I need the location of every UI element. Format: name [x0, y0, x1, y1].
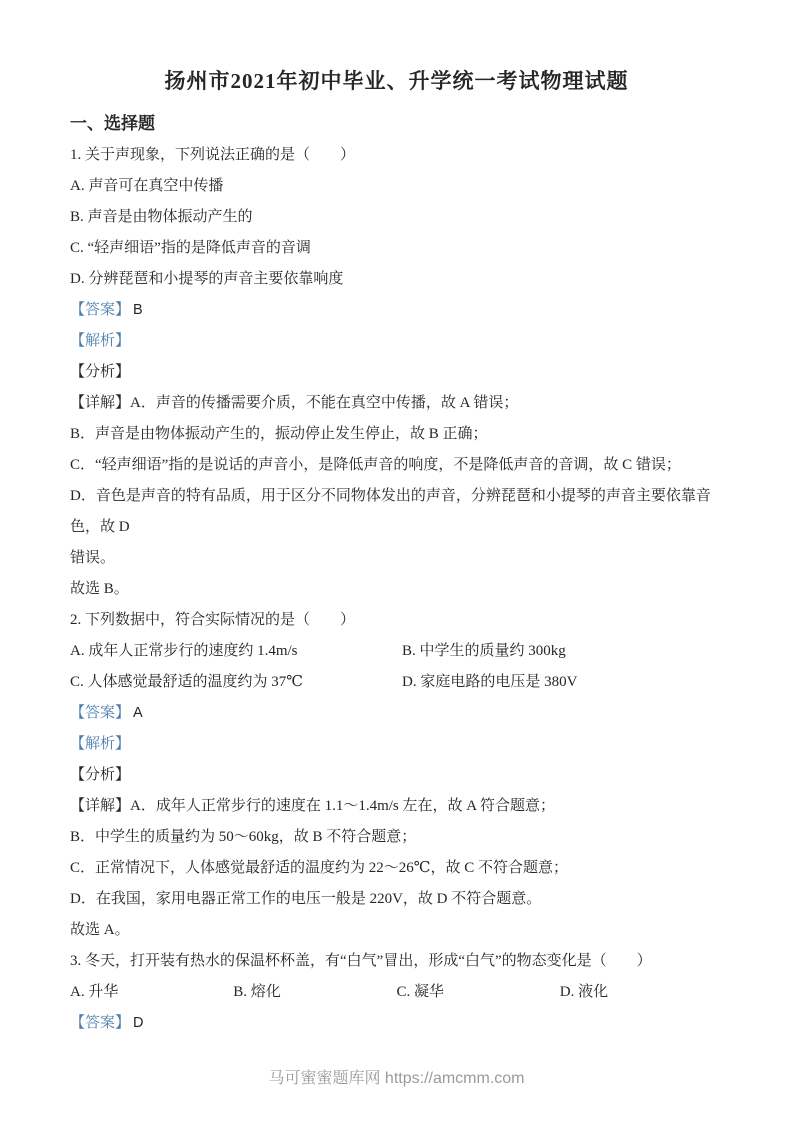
answer-line: 【答案】D — [70, 1008, 723, 1039]
option-d: D. 液化 — [560, 977, 723, 1008]
answer-line: 【答案】A — [70, 698, 723, 729]
review-label-line: 【分析】 — [70, 760, 723, 791]
options-row: A. 成年人正常步行的速度约 1.4m/s B. 中学生的质量约 300kg — [70, 636, 723, 667]
question-2: 2. 下列数据中，符合实际情况的是（ ） A. 成年人正常步行的速度约 1.4m… — [70, 605, 723, 946]
option-c: C. 人体感觉最舒适的温度约为 37℃ — [70, 667, 402, 698]
watermark-footer: 马可蜜蜜题库网 https://amcmm.com — [0, 1066, 793, 1092]
answer-value: A — [133, 705, 143, 721]
answer-label: 【答案】 — [70, 1015, 130, 1031]
review-label: 【分析】 — [70, 364, 130, 380]
detail-line: 【详解】A．声音的传播需要介质，不能在真空中传播，故 A 错误； — [70, 388, 723, 419]
analysis-label: 【解析】 — [70, 736, 130, 752]
detail-line: 【详解】A．成年人正常步行的速度在 1.1～1.4m/s 左在，故 A 符合题意… — [70, 791, 723, 822]
detail-line: 错误。 — [70, 543, 723, 574]
option-b: B. 声音是由物体振动产生的 — [70, 202, 723, 233]
detail-line: D．音色是声音的特有品质，用于区分不同物体发出的声音，分辨琵琶和小提琴的声音主要… — [70, 481, 723, 543]
detail-line: B．中学生的质量约为 50～60kg，故 B 不符合题意； — [70, 822, 723, 853]
exam-paper-page: 扬州市2021年初中毕业、升学统一考试物理试题 一、选择题 1. 关于声现象，下… — [0, 0, 793, 1122]
question-3: 3. 冬天，打开装有热水的保温杯杯盖，有“白气”冒出，形成“白气”的物态变化是（… — [70, 946, 723, 1039]
answer-value: B — [133, 302, 143, 318]
option-a: A. 成年人正常步行的速度约 1.4m/s — [70, 636, 402, 667]
option-d: D. 分辨琵琶和小提琴的声音主要依靠响度 — [70, 264, 723, 295]
answer-value: D — [133, 1015, 143, 1031]
review-label: 【分析】 — [70, 767, 130, 783]
review-label-line: 【分析】 — [70, 357, 723, 388]
detail-line: C．“轻声细语”指的是说话的声音小，是降低声音的响度，不是降低声音的音调，故 C… — [70, 450, 723, 481]
detail-line: D．在我国，家用电器正常工作的电压一般是 220V，故 D 不符合题意。 — [70, 884, 723, 915]
answer-label: 【答案】 — [70, 302, 130, 318]
answer-line: 【答案】B — [70, 295, 723, 326]
detail-line: B．声音是由物体振动产生的，振动停止发生停止，故 B 正确； — [70, 419, 723, 450]
analysis-label: 【解析】 — [70, 333, 130, 349]
exam-title: 扬州市2021年初中毕业、升学统一考试物理试题 — [0, 0, 793, 96]
option-c: C. “轻声细语”指的是降低声音的音调 — [70, 233, 723, 264]
exam-content: 1. 关于声现象，下列说法正确的是（ ） A. 声音可在真空中传播 B. 声音是… — [70, 140, 723, 1039]
options-row: A. 升华 B. 熔化 C. 凝华 D. 液化 — [70, 977, 723, 1008]
conclusion-line: 故选 A。 — [70, 915, 723, 946]
option-d: D. 家庭电路的电压是 380V — [402, 667, 577, 698]
detail-line: C．正常情况下，人体感觉最舒适的温度约为 22～26℃，故 C 不符合题意； — [70, 853, 723, 884]
question-stem: 2. 下列数据中，符合实际情况的是（ ） — [70, 605, 723, 636]
question-1: 1. 关于声现象，下列说法正确的是（ ） A. 声音可在真空中传播 B. 声音是… — [70, 140, 723, 605]
analysis-label-line: 【解析】 — [70, 326, 723, 357]
section-heading: 一、选择题 — [70, 110, 793, 138]
option-c: C. 凝华 — [397, 977, 560, 1008]
question-stem: 3. 冬天，打开装有热水的保温杯杯盖，有“白气”冒出，形成“白气”的物态变化是（… — [70, 946, 723, 977]
answer-label: 【答案】 — [70, 705, 130, 721]
option-a: A. 声音可在真空中传播 — [70, 171, 723, 202]
option-b: B. 中学生的质量约 300kg — [402, 636, 566, 667]
conclusion-line: 故选 B。 — [70, 574, 723, 605]
options-row: C. 人体感觉最舒适的温度约为 37℃ D. 家庭电路的电压是 380V — [70, 667, 723, 698]
question-stem: 1. 关于声现象，下列说法正确的是（ ） — [70, 140, 723, 171]
option-a: A. 升华 — [70, 977, 233, 1008]
analysis-label-line: 【解析】 — [70, 729, 723, 760]
option-b: B. 熔化 — [233, 977, 396, 1008]
